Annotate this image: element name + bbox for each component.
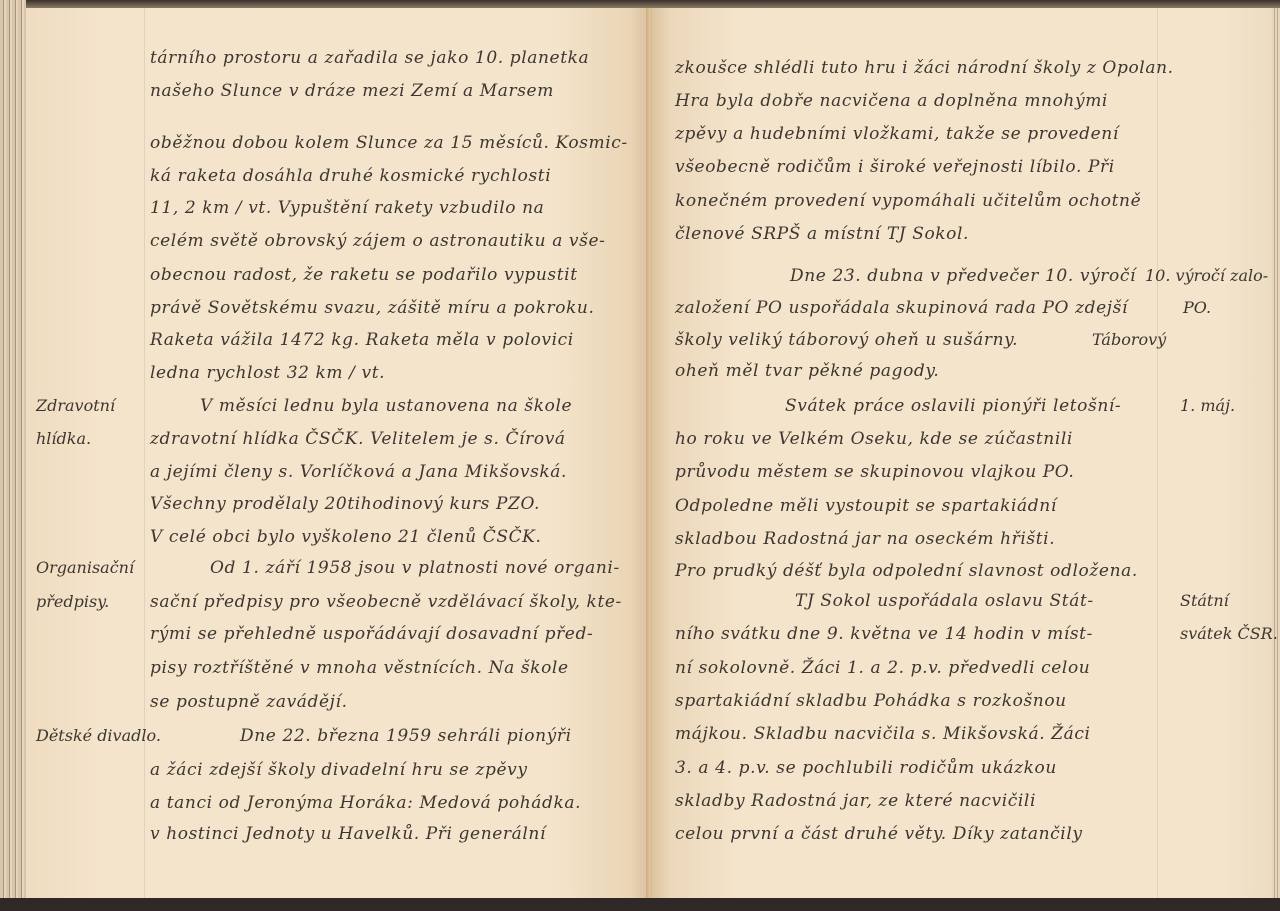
margin-rule — [144, 8, 145, 900]
right-page-line: založení PO uspořádala skupinová rada PO… — [675, 298, 1128, 318]
right-page-line: ního svátku dne 9. května ve 14 hodin v … — [675, 624, 1093, 644]
left-page-line: Od 1. září 1958 jsou v platnosti nové or… — [210, 558, 620, 578]
left-page-margin-note: předpisy. — [36, 592, 109, 611]
left-page-line: obecnou radost, že raketu se podařilo vy… — [150, 265, 578, 285]
right-page-line: ho roku ve Velkém Oseku, kde se zúčastni… — [675, 429, 1073, 449]
left-page-line: Všechny prodělaly 20tihodinový kurs PZO. — [150, 494, 540, 514]
left-page-margin-note: Zdravotní — [36, 396, 115, 415]
left-page-line: a žáci zdejší školy divadelní hru se zpě… — [150, 760, 528, 780]
right-page-margin-note: PO. — [1183, 298, 1211, 317]
right-page-line: ní sokolovně. Žáci 1. a 2. p.v. předvedl… — [675, 658, 1090, 678]
left-page-line: oběžnou dobou kolem Slunce za 15 měsíců.… — [150, 133, 628, 153]
right-page-line: TJ Sokol uspořádala oslavu Stát- — [795, 591, 1094, 611]
left-page-line: ká raketa dosáhla druhé kosmické rychlos… — [150, 166, 551, 186]
left-page-line: sační předpisy pro všeobecně vzdělávací … — [150, 592, 622, 612]
left-page-margin-note: Organisační — [36, 558, 134, 577]
right-page-line: zpěvy a hudebními vložkami, takže se pro… — [675, 124, 1119, 144]
right-page-margin-note: 1. máj. — [1180, 396, 1235, 415]
right-page-line: oheň měl tvar pěkné pagody. — [675, 361, 939, 381]
margin-rule — [1157, 8, 1158, 900]
left-page-line: celém světě obrovský zájem o astronautik… — [150, 231, 605, 251]
left-page-line: právě Sovětskému svazu, zášitě míru a po… — [150, 298, 594, 318]
left-page-line: a tanci od Jeronýma Horáka: Medová pohád… — [150, 793, 581, 813]
left-page-line: V měsíci lednu byla ustanovena na škole — [200, 396, 572, 416]
page-stack-left-edge — [0, 0, 26, 905]
left-page-line: 11, 2 km / vt. Vypuštění rakety vzbudilo… — [150, 198, 544, 218]
right-page-line: konečném provedení vypomáhali učitelům o… — [675, 191, 1141, 211]
right-page-margin-note: 10. výročí zalo- — [1145, 266, 1268, 285]
left-page-line: našeho Slunce v dráze mezi Zemí a Marsem — [150, 81, 554, 101]
right-page-margin-note: svátek ČSR. — [1180, 624, 1278, 643]
right-page-line: skladby Radostná jar, ze které nacvičili — [675, 791, 1036, 811]
book-bottom-edge — [0, 898, 1280, 911]
right-page-line: školy veliký táborový oheň u sušárny. — [675, 330, 1018, 350]
left-page-line: Raketa vážila 1472 kg. Raketa měla v pol… — [150, 330, 574, 350]
open-book-spread: tárního prostoru a zařadila se jako 10. … — [0, 0, 1280, 911]
right-page-line: májkou. Skladbu nacvičila s. Mikšovská. … — [675, 724, 1091, 744]
right-page-margin-note: Táborový — [1092, 330, 1166, 349]
left-page-line: tárního prostoru a zařadila se jako 10. … — [150, 48, 589, 68]
right-page-line: průvodu městem se skupinovou vlajkou PO. — [675, 462, 1074, 482]
right-page-line: skladbou Radostná jar na oseckém hřišti. — [675, 529, 1055, 549]
right-page-line: Pro prudký déšť byla odpolední slavnost … — [675, 561, 1138, 581]
left-page-line: V celé obci bylo vyškoleno 21 členů ČSČK… — [150, 527, 541, 547]
left-page-line: ledna rychlost 32 km / vt. — [150, 363, 385, 383]
page-stack-right-edge — [1272, 8, 1280, 900]
book-top-edge — [0, 0, 1280, 8]
right-page-line: spartakiádní skladbu Pohádka s rozkošnou — [675, 691, 1067, 711]
left-page-line: rými se přehledně uspořádávají dosavadní… — [150, 624, 593, 644]
right-page-line: všeobecně rodičům i široké veřejnosti lí… — [675, 157, 1115, 177]
left-page-line: zdravotní hlídka ČSČK. Velitelem je s. Č… — [150, 429, 566, 449]
right-page-line: Dne 23. dubna v předvečer 10. výročí — [790, 266, 1136, 286]
right-page-margin-note: Státní — [1180, 591, 1229, 610]
left-page-margin-note: Dětské divadlo. — [36, 726, 161, 745]
left-page-line: se postupně zavádějí. — [150, 692, 348, 712]
right-page-line: Odpoledne měli vystoupit se spartakiádní — [675, 496, 1057, 516]
right-page-line: členové SRPŠ a místní TJ Sokol. — [675, 224, 969, 244]
right-page-line: Svátek práce oslavili pionýři letošní- — [785, 396, 1121, 416]
left-page-line: pisy roztříštěné v mnoha věstnících. Na … — [150, 658, 569, 678]
right-page-line: Hra byla dobře nacvičena a doplněna mnoh… — [675, 91, 1108, 111]
left-page-line: a jejími členy s. Vorlíčková a Jana Mikš… — [150, 462, 567, 482]
left-page-line: Dne 22. března 1959 sehráli pionýři — [240, 726, 572, 746]
right-page-line: 3. a 4. p.v. se pochlubili rodičům ukázk… — [675, 758, 1057, 778]
right-page-line: zkoušce shlédli tuto hru i žáci národní … — [675, 58, 1174, 78]
right-page-line: celou první a část druhé věty. Díky zata… — [675, 824, 1083, 844]
left-page-margin-note: hlídka. — [36, 429, 91, 448]
left-page-line: v hostinci Jednoty u Havelků. Při generá… — [150, 824, 546, 844]
